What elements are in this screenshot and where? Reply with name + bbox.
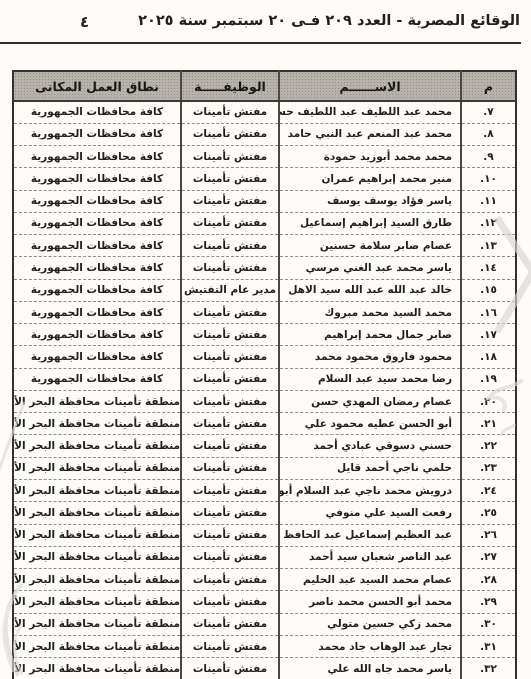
table-row: ١٠. منير محمد إبراهيم عمران مفتش تأمينات…: [13, 168, 516, 190]
cell-name: طارق السيد إبراهيم إسماعيل: [279, 212, 461, 234]
cell-number: ٢١.: [461, 413, 516, 435]
cell-scope: كافة محافظات الجمهورية: [13, 324, 181, 346]
table-row: ٣٠. محمد زكي حسين متولي مفتش تأمينات منط…: [13, 613, 516, 635]
cell-name: محمد محمد أبوزيد حمودة: [279, 146, 461, 168]
cell-number: ٣١.: [461, 635, 516, 657]
personnel-table: م الاســــــم الوظيفـــــة نطاق العمل ال…: [12, 70, 517, 679]
cell-scope: منطقة تأمينات محافظة البحر الأحمر: [13, 613, 181, 635]
table-row: ٢٤. درويش محمد ناجي عبد السلام أبو كريشة…: [13, 480, 516, 502]
cell-job: مفتش تأمينات: [181, 190, 279, 212]
cell-job: مفتش تأمينات: [181, 324, 279, 346]
cell-number: ٢٤.: [461, 480, 516, 502]
cell-scope: كافة محافظات الجمهورية: [13, 101, 181, 123]
cell-name: رفعت السيد علي منوفي: [279, 502, 461, 524]
cell-name: محمد عبد المنعم عبد النبي حامد: [279, 123, 461, 145]
table-row: ١٥. خالد عبد الله عبد الله سيد الاهل مدي…: [13, 279, 516, 301]
cell-scope: منطقة تأمينات محافظة البحر الأحمر: [13, 457, 181, 479]
cell-job: مفتش تأمينات: [181, 212, 279, 234]
table-row: ١٩. رضا محمد سيد عبد السلام مفتش تأمينات…: [13, 368, 516, 390]
cell-number: ١٧.: [461, 324, 516, 346]
gazette-page: { "page": { "number": "٤", "title": "الو…: [0, 0, 531, 679]
cell-number: ٢٨.: [461, 569, 516, 591]
cell-name: عبد الناصر شعبان سيد أحمد: [279, 546, 461, 568]
cell-name: عصام رمضان المهدي حسن: [279, 390, 461, 412]
cell-scope: منطقة تأمينات محافظة البحر الأحمر: [13, 546, 181, 568]
cell-job: مفتش تأمينات: [181, 368, 279, 390]
cell-scope: منطقة تأمينات محافظة البحر الأحمر: [13, 635, 181, 657]
table-row: ٩. محمد محمد أبوزيد حمودة مفتش تأمينات ك…: [13, 146, 516, 168]
cell-scope: منطقة تأمينات محافظة البحر الأحمر: [13, 390, 181, 412]
cell-name: عصام محمد السيد عبد الحليم: [279, 569, 461, 591]
cell-number: ١٣.: [461, 235, 516, 257]
cell-name: ياسر فؤاد يوسف يوسف: [279, 190, 461, 212]
table-row: ٨. محمد عبد المنعم عبد النبي حامد مفتش ت…: [13, 123, 516, 145]
table-row: ١٦. محمد السيد محمد مبروك مفتش تأمينات ك…: [13, 301, 516, 323]
cell-job: مفتش تأمينات: [181, 591, 279, 613]
personnel-table-body: ٧. محمد عبد اللطيف عبد اللطيف حسن مفتش ت…: [13, 101, 516, 679]
cell-name: رضا محمد سيد عبد السلام: [279, 368, 461, 390]
cell-number: ٣٢.: [461, 658, 516, 679]
table-row: ٢٩. محمد أبو الحسن محمد ناصر مفتش تأمينا…: [13, 591, 516, 613]
cell-job: مفتش تأمينات: [181, 435, 279, 457]
cell-job: مفتش تأمينات: [181, 346, 279, 368]
table-row: ١١. ياسر فؤاد يوسف يوسف مفتش تأمينات كاف…: [13, 190, 516, 212]
cell-number: ١٦.: [461, 301, 516, 323]
cell-job: مفتش تأمينات: [181, 301, 279, 323]
cell-name: عبد العظيم إسماعيل عبد الحافظ السيد: [279, 524, 461, 546]
page-header: الوقائع المصرية - العدد ٢٠٩ فـى ٢٠ سبتمب…: [0, 0, 531, 44]
cell-scope: كافة محافظات الجمهورية: [13, 235, 181, 257]
table-row: ٢٧. عبد الناصر شعبان سيد أحمد مفتش تأمين…: [13, 546, 516, 568]
cell-number: ٢٦.: [461, 524, 516, 546]
cell-job: مفتش تأمينات: [181, 257, 279, 279]
cell-name: خالد عبد الله عبد الله سيد الاهل: [279, 279, 461, 301]
cell-job: مفتش تأمينات: [181, 457, 279, 479]
cell-name: تجار عبد الوهاب جاد محمد: [279, 635, 461, 657]
cell-number: ٢٠.: [461, 390, 516, 412]
cell-number: ٢٢.: [461, 435, 516, 457]
cell-name: حسني دسوقي عبادي أحمد: [279, 435, 461, 457]
cell-scope: كافة محافظات الجمهورية: [13, 146, 181, 168]
cell-job: مفتش تأمينات: [181, 569, 279, 591]
cell-name: ياسر محمد جاه الله علي: [279, 658, 461, 679]
column-header-scope: نطاق العمل المكانى: [13, 71, 181, 101]
cell-number: ٧.: [461, 101, 516, 123]
cell-name: أبو الحسن عطيه محمود علي: [279, 413, 461, 435]
cell-number: ١٤.: [461, 257, 516, 279]
cell-scope: كافة محافظات الجمهورية: [13, 168, 181, 190]
cell-number: ٢٥.: [461, 502, 516, 524]
cell-job: مفتش تأمينات: [181, 524, 279, 546]
column-header-name: الاســــــم: [279, 71, 461, 101]
table-row: ٢٣. حلمي ناجي أحمد قايل مفتش تأمينات منط…: [13, 457, 516, 479]
cell-number: ٢٩.: [461, 591, 516, 613]
cell-scope: كافة محافظات الجمهورية: [13, 368, 181, 390]
cell-scope: كافة محافظات الجمهورية: [13, 301, 181, 323]
cell-scope: كافة محافظات الجمهورية: [13, 123, 181, 145]
table-row: ٢٥. رفعت السيد علي منوفي مفتش تأمينات من…: [13, 502, 516, 524]
cell-scope: منطقة تأمينات محافظة البحر الأحمر: [13, 569, 181, 591]
table-row: ٣٢. ياسر محمد جاه الله علي مفتش تأمينات …: [13, 658, 516, 679]
cell-job: مفتش تأمينات: [181, 613, 279, 635]
cell-number: ١٩.: [461, 368, 516, 390]
table-wrap: م الاســــــم الوظيفـــــة نطاق العمل ال…: [14, 70, 517, 679]
cell-scope: كافة محافظات الجمهورية: [13, 279, 181, 301]
table-row: ١٢. طارق السيد إبراهيم إسماعيل مفتش تأمي…: [13, 212, 516, 234]
gazette-title: الوقائع المصرية - العدد ٢٠٩ فـى ٢٠ سبتمب…: [138, 13, 520, 29]
page-number: ٤: [80, 13, 89, 31]
cell-number: ٣٠.: [461, 613, 516, 635]
cell-name: محمد أبو الحسن محمد ناصر: [279, 591, 461, 613]
cell-job: مفتش تأمينات: [181, 635, 279, 657]
column-header-job: الوظيفـــــة: [181, 71, 279, 101]
cell-number: ١٠.: [461, 168, 516, 190]
table-row: ٢٦. عبد العظيم إسماعيل عبد الحافظ السيد …: [13, 524, 516, 546]
cell-job: مفتش تأمينات: [181, 413, 279, 435]
cell-job: مفتش تأمينات: [181, 168, 279, 190]
cell-job: مفتش تأمينات: [181, 146, 279, 168]
cell-number: ١١.: [461, 190, 516, 212]
cell-name: ياسر محمد عبد الغني مرسي: [279, 257, 461, 279]
table-row: ١٧. صابر جمال محمد إبراهيم مفتش تأمينات …: [13, 324, 516, 346]
cell-number: ١٨.: [461, 346, 516, 368]
cell-number: ١٢.: [461, 212, 516, 234]
cell-job: مفتش تأمينات: [181, 658, 279, 679]
cell-job: مفتش تأمينات: [181, 546, 279, 568]
cell-job: مدير عام التفتيش: [181, 279, 279, 301]
cell-scope: منطقة تأمينات محافظة البحر الأحمر: [13, 413, 181, 435]
cell-name: محمد السيد محمد مبروك: [279, 301, 461, 323]
cell-name: محمد عبد اللطيف عبد اللطيف حسن: [279, 101, 461, 123]
cell-number: ٢٣.: [461, 457, 516, 479]
cell-scope: كافة محافظات الجمهورية: [13, 190, 181, 212]
cell-scope: كافة محافظات الجمهورية: [13, 212, 181, 234]
cell-number: ٢٧.: [461, 546, 516, 568]
cell-name: منير محمد إبراهيم عمران: [279, 168, 461, 190]
cell-scope: منطقة تأمينات محافظة البحر الأحمر: [13, 502, 181, 524]
table-row: ٢١. أبو الحسن عطيه محمود علي مفتش تأمينا…: [13, 413, 516, 435]
table-row: ١٨. محمود فاروق محمود محمد مفتش تأمينات …: [13, 346, 516, 368]
table-row: ١٤. ياسر محمد عبد الغني مرسي مفتش تأمينا…: [13, 257, 516, 279]
cell-name: محمود فاروق محمود محمد: [279, 346, 461, 368]
cell-job: مفتش تأمينات: [181, 101, 279, 123]
cell-job: مفتش تأمينات: [181, 480, 279, 502]
cell-scope: كافة محافظات الجمهورية: [13, 346, 181, 368]
cell-scope: منطقة تأمينات محافظة البحر الأحمر: [13, 524, 181, 546]
table-row: ٢٨. عصام محمد السيد عبد الحليم مفتش تأمي…: [13, 569, 516, 591]
cell-scope: كافة محافظات الجمهورية: [13, 257, 181, 279]
cell-scope: منطقة تأمينات محافظة البحر الأحمر: [13, 480, 181, 502]
cell-number: ٩.: [461, 146, 516, 168]
cell-scope: منطقة تأمينات محافظة البحر الأحمر: [13, 658, 181, 679]
cell-job: مفتش تأمينات: [181, 123, 279, 145]
table-header-row: م الاســــــم الوظيفـــــة نطاق العمل ال…: [13, 71, 516, 101]
table-row: ٧. محمد عبد اللطيف عبد اللطيف حسن مفتش ت…: [13, 101, 516, 123]
table-row: ٢٠. عصام رمضان المهدي حسن مفتش تأمينات م…: [13, 390, 516, 412]
cell-name: صابر جمال محمد إبراهيم: [279, 324, 461, 346]
cell-number: ١٥.: [461, 279, 516, 301]
cell-number: ٨.: [461, 123, 516, 145]
table-row: ٣١. تجار عبد الوهاب جاد محمد مفتش تأمينا…: [13, 635, 516, 657]
column-header-number: م: [461, 71, 516, 101]
cell-job: مفتش تأمينات: [181, 502, 279, 524]
cell-name: حلمي ناجي أحمد قايل: [279, 457, 461, 479]
table-row: ١٣. عصام صابر سلامة حسنين مفتش تأمينات ك…: [13, 235, 516, 257]
cell-scope: منطقة تأمينات محافظة البحر الأحمر: [13, 591, 181, 613]
cell-name: عصام صابر سلامة حسنين: [279, 235, 461, 257]
cell-name: محمد زكي حسين متولي: [279, 613, 461, 635]
header-rule: [0, 42, 521, 44]
cell-job: مفتش تأمينات: [181, 235, 279, 257]
cell-scope: منطقة تأمينات محافظة البحر الأحمر: [13, 435, 181, 457]
table-row: ٢٢. حسني دسوقي عبادي أحمد مفتش تأمينات م…: [13, 435, 516, 457]
cell-job: مفتش تأمينات: [181, 390, 279, 412]
cell-name: درويش محمد ناجي عبد السلام أبو كريشة: [279, 480, 461, 502]
